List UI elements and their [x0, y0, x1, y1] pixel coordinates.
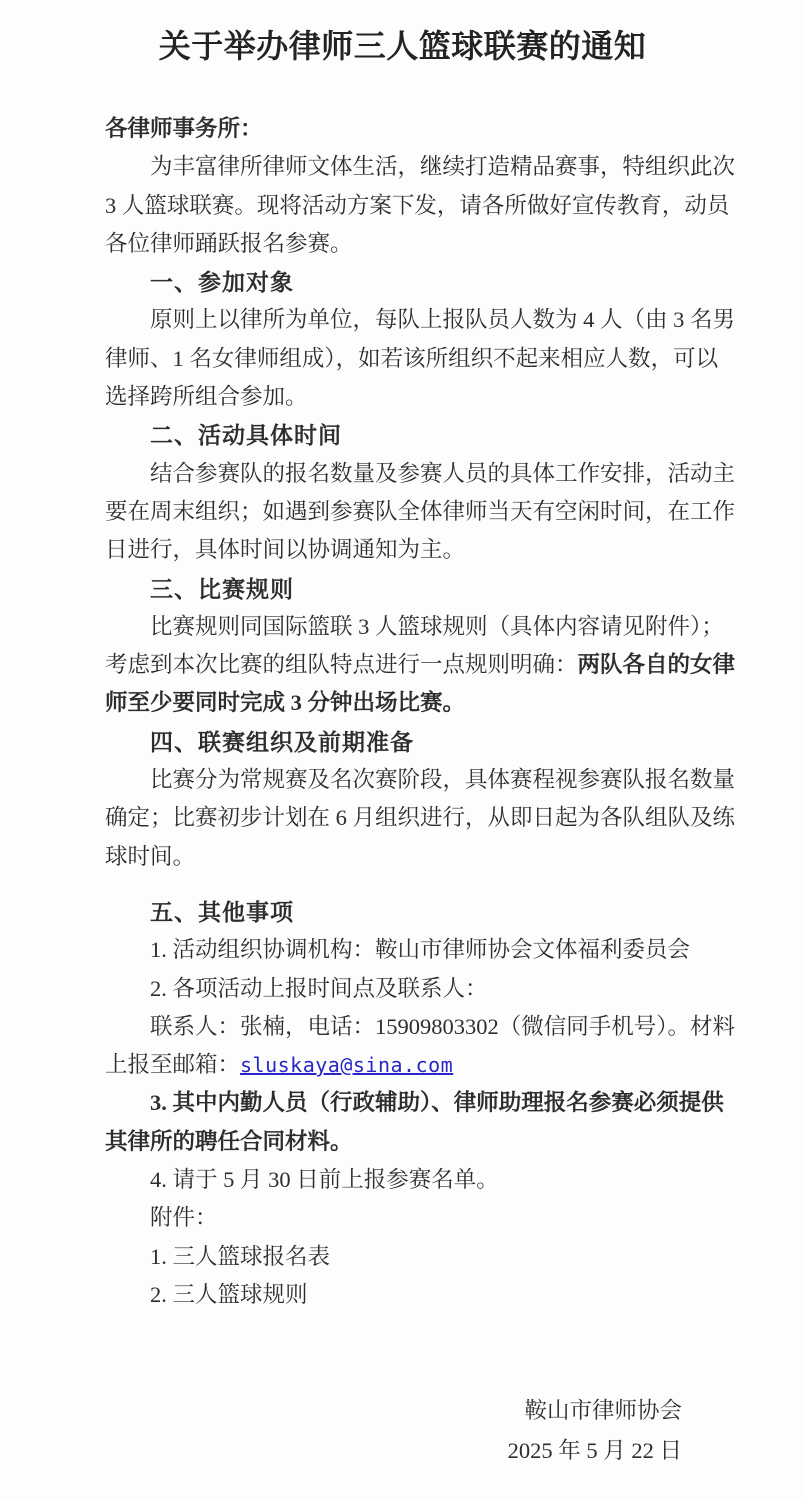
- document-line: 联系人：张楠，电话：15909803302（微信同手机号）。材料: [105, 1008, 700, 1046]
- document-line: 2. 三人篮球规则: [105, 1276, 700, 1314]
- text-segment: 2. 各项活动上报时间点及联系人：: [150, 976, 488, 1001]
- document-body: 各律师事务所：为丰富律所律师文体生活，继续打造精品赛事，特组织此次3 人篮球联赛…: [105, 110, 700, 1314]
- text-segment: 两队各自的女律: [578, 652, 736, 677]
- document-line: 1. 三人篮球报名表: [105, 1238, 700, 1276]
- email-link[interactable]: sluskaya@sina.com: [240, 1053, 453, 1077]
- document-line: 师至少要同时完成 3 分钟出场比赛。: [105, 684, 700, 722]
- text-segment: 律师、1 名女律师组成），如若该所组织不起来相应人数，可以: [105, 346, 718, 371]
- document-line: 律师、1 名女律师组成），如若该所组织不起来相应人数，可以: [105, 340, 700, 378]
- text-segment: 4. 请于 5 月 30 日前上报参赛名单。: [150, 1167, 499, 1192]
- text-segment: 原则上以律所为单位，每队上报队员人数为 4 人（由 3 名男: [150, 307, 735, 332]
- text-segment: 结合参赛队的报名数量及参赛人员的具体工作安排，活动主: [150, 461, 735, 486]
- document-title: 关于举办律师三人篮球联赛的通知: [105, 26, 700, 66]
- section-heading: 四、联赛组织及前期准备: [105, 723, 700, 761]
- document-line: 2. 各项活动上报时间点及联系人：: [105, 970, 700, 1008]
- signature-block: 鞍山市律师协会 2025 年 5 月 22 日: [105, 1391, 700, 1471]
- document-line: 各位律师踊跃报名参赛。: [105, 225, 700, 263]
- document-line: 球时间。: [105, 838, 700, 876]
- section-heading: 一、参加对象: [105, 263, 700, 301]
- text-segment: 1. 活动组织协调机构：鞍山市律师协会文体福利委员会: [150, 937, 690, 962]
- text-segment: 各位律师踊跃报名参赛。: [105, 231, 353, 256]
- text-segment: 考虑到本次比赛的组队特点进行一点规则明确：: [105, 652, 578, 677]
- document-line: 其律所的聘任合同材料。: [105, 1123, 700, 1161]
- text-segment: 1. 三人篮球报名表: [150, 1244, 330, 1269]
- text-segment: 选择跨所组合参加。: [105, 384, 308, 409]
- document-line: 附件：: [105, 1199, 700, 1237]
- text-segment: 一、参加对象: [150, 269, 294, 295]
- text-segment: 师至少要同时完成 3 分钟出场比赛。: [105, 690, 465, 715]
- section-heading: 五、其他事项: [105, 893, 700, 931]
- document-line: 要在周末组织；如遇到参赛队全体律师当天有空闲时间，在工作: [105, 493, 700, 531]
- document-line: 3 人篮球联赛。现将活动方案下发，请各所做好宣传教育，动员: [105, 187, 700, 225]
- text-segment: 比赛分为常规赛及名次赛阶段，具体赛程视参赛队报名数量: [150, 767, 735, 792]
- document-line: 确定；比赛初步计划在 6 月组织进行，从即日起为各队组队及练: [105, 799, 700, 837]
- document-line: 比赛规则同国际篮联 3 人篮球规则（具体内容请见附件）；: [105, 608, 700, 646]
- section-heading: 二、活动具体时间: [105, 416, 700, 454]
- document-line: 选择跨所组合参加。: [105, 378, 700, 416]
- text-segment: 三、比赛规则: [150, 576, 294, 602]
- document-line: 上报至邮箱：sluskaya@sina.com: [105, 1046, 700, 1084]
- signature-date: 2025 年 5 月 22 日: [105, 1431, 682, 1471]
- text-segment: 附件：: [150, 1205, 218, 1230]
- text-segment: 要在周末组织；如遇到参赛队全体律师当天有空闲时间，在工作: [105, 499, 735, 524]
- document-line: 日进行，具体时间以协调通知为主。: [105, 531, 700, 569]
- text-segment: 联系人：张楠，电话：15909803302（微信同手机号）。材料: [150, 1014, 735, 1039]
- text-segment: 四、联赛组织及前期准备: [150, 729, 414, 755]
- document-line: 3. 其中内勤人员（行政辅助）、律师助理报名参赛必须提供: [105, 1084, 700, 1122]
- signature-org: 鞍山市律师协会: [105, 1391, 682, 1431]
- document-line: 4. 请于 5 月 30 日前上报参赛名单。: [105, 1161, 700, 1199]
- document-line: 1. 活动组织协调机构：鞍山市律师协会文体福利委员会: [105, 931, 700, 969]
- text-segment: 3 人篮球联赛。现将活动方案下发，请各所做好宣传教育，动员: [105, 193, 729, 218]
- document-line: 比赛分为常规赛及名次赛阶段，具体赛程视参赛队报名数量: [105, 761, 700, 799]
- document-line: 考虑到本次比赛的组队特点进行一点规则明确：两队各自的女律: [105, 646, 700, 684]
- section-heading: 三、比赛规则: [105, 570, 700, 608]
- text-segment: 比赛规则同国际篮联 3 人篮球规则（具体内容请见附件）；: [150, 614, 724, 639]
- text-segment: 为丰富律所律师文体生活，继续打造精品赛事，特组织此次: [150, 154, 735, 179]
- document-line: 原则上以律所为单位，每队上报队员人数为 4 人（由 3 名男: [105, 301, 700, 339]
- text-segment: 2. 三人篮球规则: [150, 1282, 308, 1307]
- text-segment: 球时间。: [105, 844, 195, 869]
- text-segment: 各律师事务所：: [105, 116, 263, 141]
- text-segment: 日进行，具体时间以协调通知为主。: [105, 537, 465, 562]
- document-line: 为丰富律所律师文体生活，继续打造精品赛事，特组织此次: [105, 148, 700, 186]
- text-segment: 上报至邮箱：: [105, 1052, 240, 1077]
- notice-document: 关于举办律师三人篮球联赛的通知 各律师事务所：为丰富律所律师文体生活，继续打造精…: [0, 0, 804, 1500]
- document-line: 结合参赛队的报名数量及参赛人员的具体工作安排，活动主: [105, 455, 700, 493]
- text-segment: 二、活动具体时间: [150, 422, 342, 448]
- document-line: 各律师事务所：: [105, 110, 700, 148]
- text-segment: 3. 其中内勤人员（行政辅助）、律师助理报名参赛必须提供: [150, 1090, 724, 1115]
- text-segment: 五、其他事项: [150, 899, 294, 925]
- text-segment: 确定；比赛初步计划在 6 月组织进行，从即日起为各队组队及练: [105, 805, 735, 830]
- text-segment: 其律所的聘任合同材料。: [105, 1129, 353, 1154]
